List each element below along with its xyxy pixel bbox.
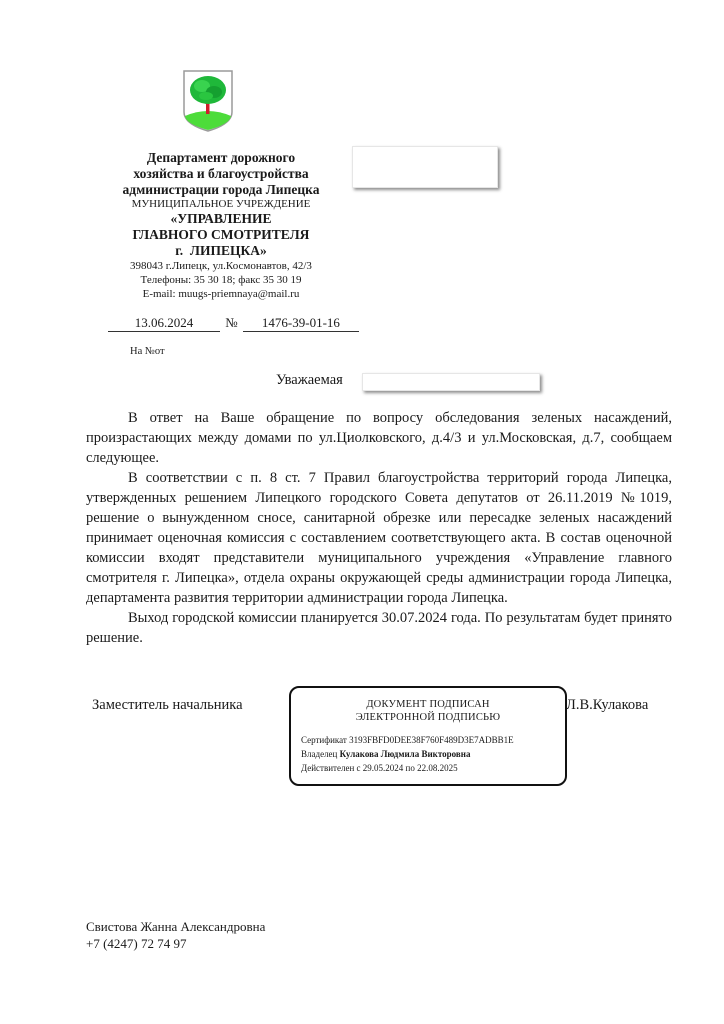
executor-name: Свистова Жанна Александровна [86, 918, 265, 935]
executor-phone: +7 (4247) 72 74 97 [86, 935, 265, 952]
institution-address: 398043 г.Липецк, ул.Космонавтов, 42/3 [96, 259, 346, 273]
body-paragraph: В ответ на Ваше обращение по вопросу обс… [86, 408, 672, 468]
registration-line: 13.06.2024 № 1476-39-01-16 [108, 315, 359, 332]
certificate-label: Сертификат [301, 735, 347, 745]
greeting-word: Уважаемая [276, 372, 343, 388]
stamp-title: ДОКУМЕНТ ПОДПИСАН ЭЛЕКТРОННОЙ ПОДПИСЬЮ [291, 698, 565, 724]
number-sign: № [225, 315, 237, 330]
department-name-line: администрации города Липецка [96, 182, 346, 198]
department-name-line: хозяйства и благоустройства [96, 166, 346, 182]
valid-to-label: по [406, 763, 415, 773]
stamp-validity: Действителен с 29.05.2024 по 22.08.2025 [301, 762, 458, 774]
institution-name-line: г. ЛИПЕЦКА» [96, 243, 346, 259]
executor-info: Свистова Жанна Александровна +7 (4247) 7… [86, 918, 265, 952]
in-reply-to: На №от [130, 346, 165, 357]
institution-email: E-mail: muugs-priemnaya@mail.ru [96, 287, 346, 301]
body-paragraph: Выход городской комиссии планируется 30.… [86, 608, 672, 648]
electronic-signature-stamp: ДОКУМЕНТ ПОДПИСАН ЭЛЕКТРОННОЙ ПОДПИСЬЮ С… [289, 686, 567, 786]
stamp-certificate: Сертификат 3193FBFD0DEE38F760F489D3E7ADB… [301, 734, 514, 746]
lipetsk-coat-of-arms-icon [180, 68, 236, 134]
institution-name-line: «УПРАВЛЕНИЕ [96, 211, 346, 227]
institution-phones: Телефоны: 35 30 18; факс 35 30 19 [96, 273, 346, 287]
letterhead: Департамент дорожного хозяйства и благоу… [96, 150, 346, 301]
valid-label: Действителен с [301, 763, 361, 773]
greeting: Уважаемая [276, 372, 343, 389]
owner-label: Владелец [301, 749, 337, 759]
certificate-value: 3193FBFD0DEE38F760F489D3E7ADBB1E [349, 735, 514, 745]
stamp-title-line: ДОКУМЕНТ ПОДПИСАН [291, 698, 565, 711]
owner-value: Кулакова Людмила Викторовна [340, 749, 471, 759]
valid-to: 22.08.2025 [417, 763, 458, 773]
redacted-recipient-name [362, 373, 540, 391]
institution-name-line: ГЛАВНОГО СМОТРИТЕЛЯ [96, 227, 346, 243]
letter-body: В ответ на Ваше обращение по вопросу обс… [86, 408, 672, 648]
department-name-line: Департамент дорожного [96, 150, 346, 166]
outgoing-date: 13.06.2024 [108, 315, 220, 332]
body-paragraph: В соответствии с п. 8 ст. 7 Правил благо… [86, 468, 672, 608]
redacted-recipient-address [352, 146, 498, 188]
stamp-title-line: ЭЛЕКТРОННОЙ ПОДПИСЬЮ [291, 711, 565, 724]
outgoing-number: 1476-39-01-16 [243, 315, 359, 332]
stamp-owner: Владелец Кулакова Людмила Викторовна [301, 748, 470, 760]
signer-name: Л.В.Кулакова [566, 697, 648, 714]
valid-from: 29.05.2024 [363, 763, 404, 773]
institution-type: МУНИЦИПАЛЬНОЕ УЧРЕЖДЕНИЕ [96, 198, 346, 211]
signer-position: Заместитель начальника [92, 697, 243, 714]
